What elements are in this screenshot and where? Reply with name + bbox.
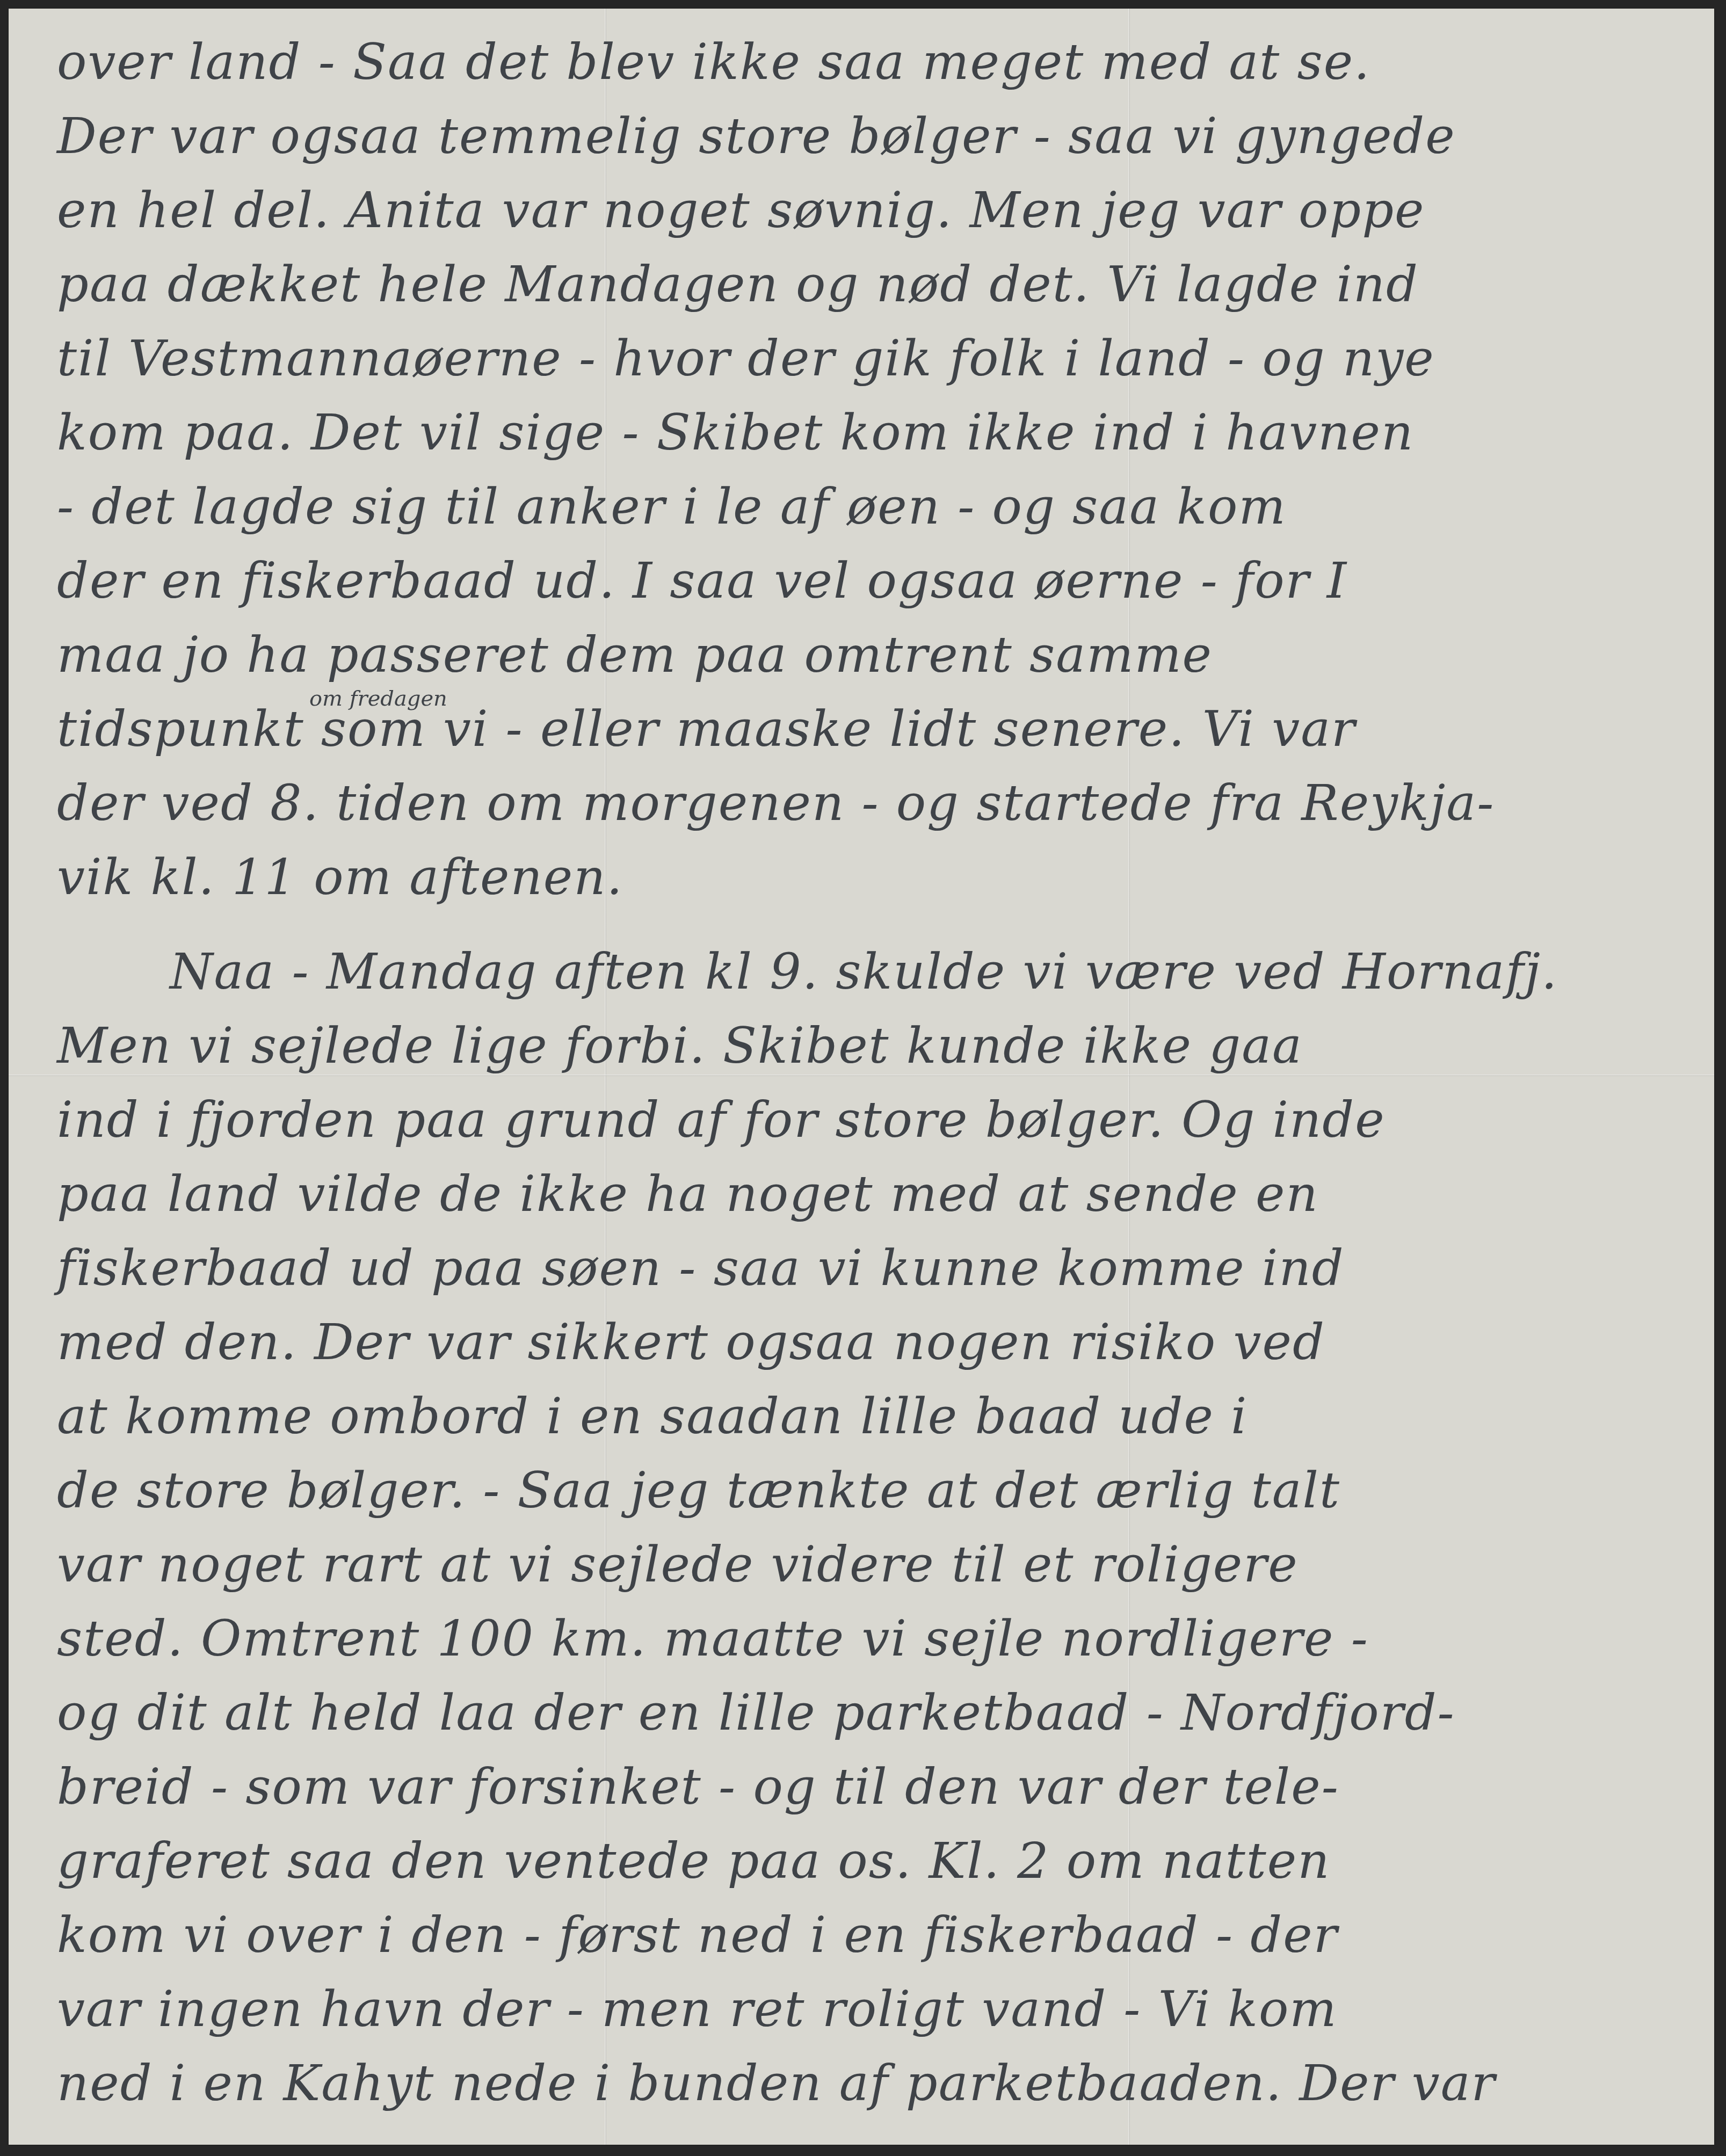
text-line: kom paa. Det vil sige - Skibet kom ikke …	[57, 395, 1682, 481]
text-line: tidspunkt som vi - eller maaske lidt sen…	[57, 692, 1682, 778]
text-line: graferet saa den ventede paa os. Kl. 2 o…	[57, 1824, 1682, 1910]
text-line: var noget rart at vi sejlede videre til …	[57, 1527, 1682, 1613]
text-line: paa land vilde de ikke ha noget med at s…	[57, 1157, 1682, 1243]
text-line: med den. Der var sikkert ogsaa nogen ris…	[57, 1305, 1682, 1391]
text-line: der ved 8. tiden om morgenen - og starte…	[57, 766, 1682, 852]
text-line: paa dækket hele Mandagen og nød det. Vi …	[57, 247, 1682, 333]
paragraph-start-line: Naa - Mandag aften kl 9. skulde vi være …	[170, 934, 1682, 1020]
text-line: og dit alt held laa der en lille parketb…	[57, 1675, 1682, 1761]
text-line: sted. Omtrent 100 km. maatte vi sejle no…	[57, 1601, 1682, 1687]
text-line: at komme ombord i en saadan lille baad u…	[57, 1379, 1682, 1465]
text-line: til Vestmannaøerne - hvor der gik folk i…	[57, 321, 1682, 407]
text-line: vik kl. 11 om aftenen.	[57, 840, 1682, 926]
text-line: ind i fjorden paa grund af for store bøl…	[57, 1083, 1682, 1168]
text-line: kom vi over i den - først ned i en fiske…	[57, 1898, 1682, 1984]
text-line: - det lagde sig til anker i le af øen - …	[57, 469, 1682, 555]
text-line: de store bølger. - Saa jeg tænkte at det…	[57, 1453, 1682, 1539]
text-line: en hel del. Anita var noget søvnig. Men …	[57, 173, 1682, 259]
text-line: der en fiskerbaad ud. I saa vel ogsaa øe…	[57, 543, 1682, 629]
text-line: over land - Saa det blev ikke saa meget …	[57, 25, 1682, 111]
text-line: breid - som var forsinket - og til den v…	[57, 1750, 1682, 1835]
text-line: Men vi sejlede lige forbi. Skibet kunde …	[57, 1008, 1682, 1094]
text-line: var ingen havn der - men ret roligt vand…	[57, 1972, 1682, 2058]
text-line: ned i en Kahyt nede i bunden af parketba…	[57, 2046, 1682, 2132]
text-line: maa jo ha passeret dem paa omtrent samme	[57, 618, 1682, 703]
letter-sheet: over land - Saa det blev ikke saa meget …	[9, 9, 1714, 2145]
text-line: fiskerbaad ud paa søen - saa vi kunne ko…	[57, 1231, 1682, 1317]
text-line: Der var ogsaa temmelig store bølger - sa…	[57, 99, 1682, 185]
